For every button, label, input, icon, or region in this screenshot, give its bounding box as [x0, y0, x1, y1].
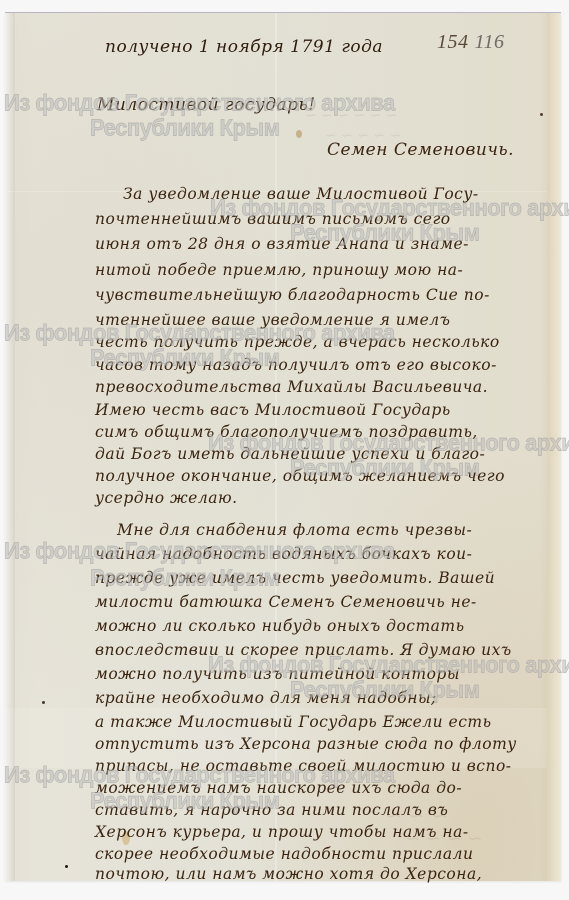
text-line: Мне для снабдения флота есть чрезвы- — [117, 521, 472, 539]
archive-watermark-line2: Республики Крым — [290, 219, 479, 246]
text-line: нитой победе приемлю, приношу мою на- — [95, 261, 463, 279]
text-line: чувствительнейшую благодарность Сие по- — [95, 286, 490, 304]
stain-spot — [296, 130, 302, 138]
text-line: скорее необходимые надобности прислали — [95, 845, 474, 863]
receipt-note: получено 1 ноября 1791 года — [105, 37, 383, 57]
archive-watermark-line1: Из фондов Государственного архива — [4, 761, 395, 788]
archive-watermark-line1: Из фондов Государственного архива — [208, 429, 569, 456]
text-line: а также Милостивый Государь Ежели есть — [95, 713, 492, 731]
text-line: милости батюшка Семенъ Семеновичь не- — [95, 593, 477, 611]
archive-watermark-line2: Республики Крым — [90, 114, 279, 141]
text-line: Херсонъ курьера, и прошу чтобы намъ на- — [95, 823, 469, 841]
text-line: превосходительства Михайлы Васильевича. — [95, 378, 488, 396]
archive-watermark-line1: Из фондов Государственного архива — [4, 89, 395, 116]
text-line: Имею честь васъ Милостивой Государь — [95, 401, 451, 419]
ink-dot — [42, 701, 45, 704]
folio-number: 154116 — [437, 31, 505, 54]
archive-watermark-line2: Республики Крым — [290, 676, 479, 703]
archive-watermark-line1: Из фондов Государственного архива — [208, 651, 569, 678]
archive-watermark-line2: Республики Крым — [290, 454, 479, 481]
text-line: отпустить изъ Херсона разные сюда по фло… — [95, 735, 517, 753]
archive-watermark-line1: Из фондов Государственного архива — [4, 319, 395, 346]
folio-number-pencil: 116 — [475, 31, 505, 53]
archive-watermark-line1: Из фондов Государственного архива — [4, 537, 395, 564]
text-line: почтою, или намъ можно хотя до Херсона, — [95, 865, 482, 883]
text-line: можно ли сколько нибудь оныхъ достать — [95, 617, 465, 635]
text-line: усердно желаю. — [95, 489, 238, 507]
archive-watermark-line2: Республики Крым — [90, 344, 279, 371]
archive-watermark-line2: Республики Крым — [90, 787, 279, 814]
folio-number-ink: 154 — [437, 31, 469, 53]
ink-dot — [65, 865, 68, 868]
ink-dot — [540, 113, 543, 116]
archive-watermark-line2: Республики Крым — [90, 564, 279, 591]
addressee: Семен Семеновичь. — [327, 140, 514, 160]
document-scan: ~ ~ ~ ~ ~ ~ ~ ~ ~ ~ ~ ~ ~ ~ ~ ~ ~ ~ полу… — [0, 0, 569, 900]
archive-watermark-line1: Из фондов Государственного архива — [210, 194, 569, 221]
